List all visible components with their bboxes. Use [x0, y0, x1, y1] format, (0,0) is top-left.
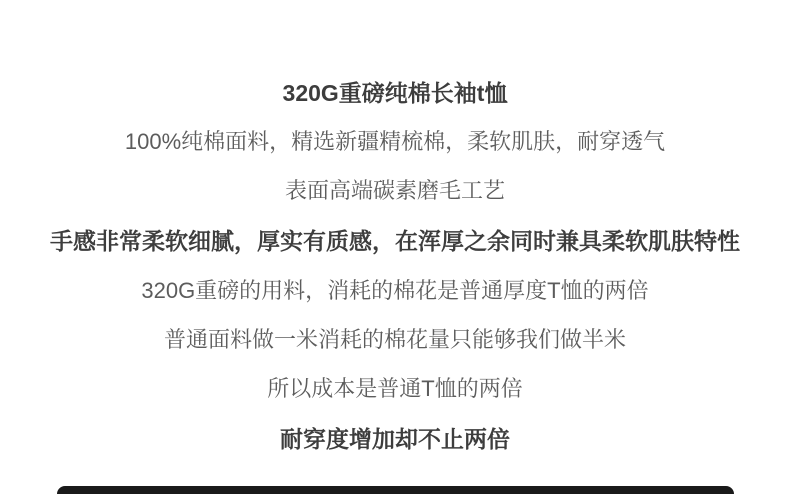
product-title: 320G重磅纯棉长袖t恤	[0, 78, 790, 108]
description-line-cotton-usage: 普通面料做一米消耗的棉花量只能够我们做半米	[0, 325, 790, 355]
product-detail-page: 320G重磅纯棉长袖t恤 100%纯棉面料，精选新疆精梳棉，柔软肌肤，耐穿透气 …	[0, 0, 790, 494]
description-line-weight: 320G重磅的用料，消耗的棉花是普通厚度T恤的两倍	[0, 276, 790, 306]
description-line-durability-highlight: 耐穿度增加却不止两倍	[0, 424, 790, 454]
next-section-image-top-edge	[57, 486, 734, 494]
description-line-cost: 所以成本是普通T恤的两倍	[0, 374, 790, 404]
description-line-fabric: 100%纯棉面料，精选新疆精梳棉，柔软肌肤，耐穿透气	[0, 127, 790, 157]
description-line-feel-highlight: 手感非常柔软细腻，厚实有质感，在浑厚之余同时兼具柔软肌肤特性	[0, 226, 790, 256]
description-line-craft: 表面高端碳素磨毛工艺	[0, 176, 790, 206]
